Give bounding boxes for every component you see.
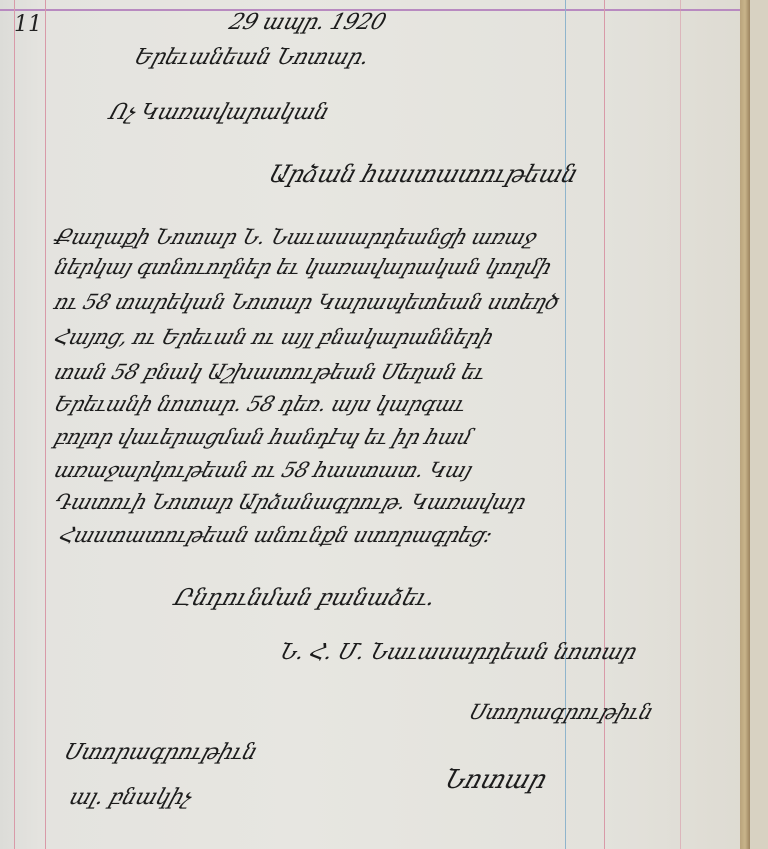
body-line: Հայոց, ու Երեւան ու այլ բնակարանների [51, 325, 496, 349]
entry-number: 11 [14, 12, 42, 37]
next-page-edge: 18 17 16 15 14 13 12 11 10 9 [750, 0, 768, 849]
signature-right: Նոտար [440, 765, 550, 795]
ledger-page: 11 29 ապր. 1920 Երեւանեան Նոտար. Ոչ Կառա… [0, 0, 745, 849]
date-line: 29 ապր. 1920 [226, 10, 389, 35]
margin-rule-left-outer [14, 0, 15, 849]
signature-label-right: Ստորագրութիւն [466, 700, 656, 724]
header-line-1: Երեւանեան Նոտար. [131, 45, 372, 70]
body-line: ու 58 տարեկան Նոտար Կարապետեան ստեղծ [51, 290, 562, 314]
closing-signature-line: Ն. Հ. Մ. Նաւասարդեան նոտար [276, 640, 640, 665]
book-binding-edge [740, 0, 750, 849]
signature-left-line-1: Ստորագրութիւն [61, 740, 260, 765]
margin-rule-left-inner [45, 0, 46, 849]
header-line-2: Ոչ Կառավարական [106, 100, 332, 125]
body-line: Հաստատութեան անունքն ստորագրեց: [56, 523, 495, 547]
signature-left-line-2: ալ. բնակիչ [66, 785, 195, 810]
document-title: Արձան հաստատութեան [265, 160, 581, 188]
body-line: Դատուի Նոտար Արձանագրութ. Կառավար [51, 490, 529, 514]
body-line: բոլոր վաւերացման հանդէպ եւ իր համ [51, 425, 475, 449]
closing-line: Ընդունման բանաձեւ. [171, 585, 439, 611]
body-line: տան 58 բնակ Աշխատութեան Սեղան եւ [51, 360, 488, 384]
body-line: ներկայ գտնուողներ եւ կառավարական կողմի [51, 255, 555, 279]
body-line: Քաղաքի Նոտար Ն. Նաւասարդեանցի առաջ [51, 225, 540, 249]
body-line: առաջարկութեան ու 58 հաստատ. Կայ [51, 458, 475, 482]
body-line: Երեւանի նոտար. 58 դեռ. այս կարգաւ [51, 392, 469, 416]
column-rule-red-right [680, 0, 681, 849]
